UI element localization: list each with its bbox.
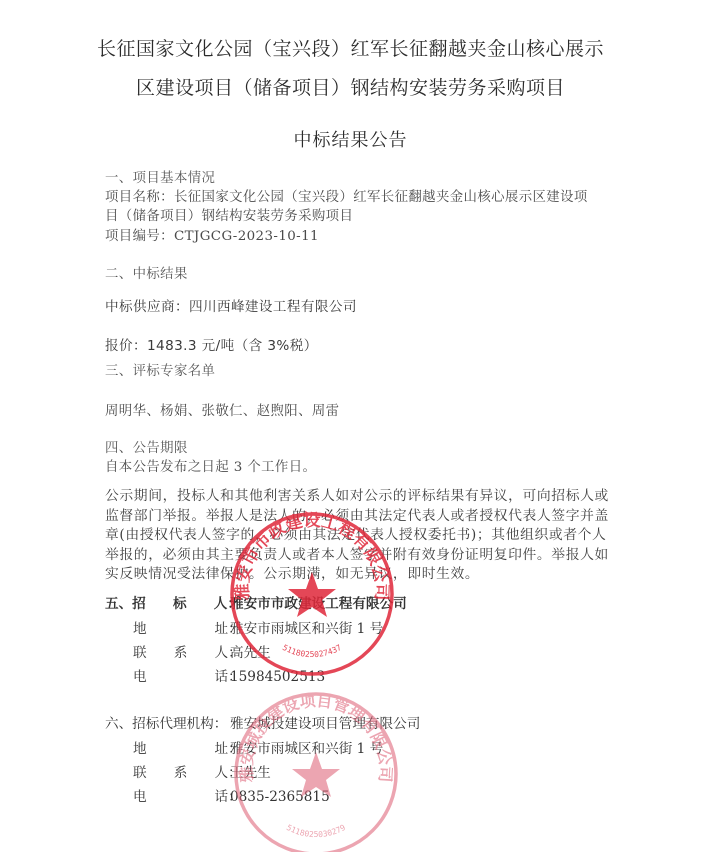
section1-heading: 一、项目基本情况 [105, 167, 215, 186]
section4-heading: 四、公告期限 [105, 437, 188, 456]
tenderer-name: 雅安市市政建设工程有限公司 [230, 596, 407, 612]
notice-line: 实反映情况受法律保护。公示期满，如无异议，即时生效。 [105, 565, 625, 585]
objection-notice: 公示期间，投标人和其他利害关系人如对公示的评标结果有异议，可向招标人或 监督部门… [105, 487, 625, 585]
project-name-line-2: 目（储备项目）钢结构安装劳务采购项目 [105, 205, 353, 224]
svg-text:5118025027437: 5118025027437 [281, 643, 343, 659]
phone-label: 电 话： [105, 665, 230, 685]
tenderer-contact-row: 联 系 人：高先生 [105, 641, 271, 661]
tenderer-address-row: 地 址：雅安市雨城区和兴街 1 号 [105, 617, 383, 637]
section2-heading: 二、中标结果 [105, 263, 188, 282]
document-title-line-2: 区建设项目（储备项目）钢结构安装劳务采购项目 [0, 73, 701, 100]
address-label: 地 址： [105, 737, 230, 757]
agency-name: 雅安城投建设项目管理有限公司 [230, 716, 420, 732]
agency-phone-row: 电 话：0835-2365815 [105, 785, 330, 805]
phone-label: 电 话： [105, 785, 230, 805]
seal-1-code: 5118025027437 [281, 643, 343, 659]
tenderer-address: 雅安市雨城区和兴街 1 号 [230, 621, 383, 637]
tenderer-phone-row: 电 话：15984502513 [105, 665, 325, 685]
bid-price: 报价：1483.3 元/吨（含 3%税） [105, 334, 318, 354]
agency-contact-row: 联 系 人：王先生 [105, 761, 271, 781]
notice-line: 举报的，必须由其主要负责人或者本人签字并附有效身份证明复印件。举报人如 [105, 546, 625, 566]
notice-line: 章(由授权代表人签字的，必须由其法定代表人授权委托书)；其他组织或者个人 [105, 526, 625, 546]
section3-heading: 三、评标专家名单 [105, 360, 215, 379]
project-name-line-1: 项目名称：长征国家文化公园（宝兴段）红军长征翻越夹金山核心展示区建设项 [105, 186, 588, 205]
agency-row: 六、招标代理机构：雅安城投建设项目管理有限公司 [105, 712, 420, 732]
tenderer-row: 五、招 标 人：雅安市市政建设工程有限公司 [105, 592, 407, 612]
agency-address: 雅安市雨城区和兴街 1 号 [230, 741, 383, 757]
agency-label: 六、招标代理机构： [105, 712, 230, 732]
announcement-period: 自本公告发布之日起 3 个工作日。 [105, 456, 316, 475]
project-number: 项目编号：CTJGCG-2023-10-11 [105, 225, 319, 244]
agency-phone: 0835-2365815 [230, 789, 330, 805]
contact-label: 联 系 人： [105, 761, 230, 781]
expert-list: 周明华、杨娟、张敬仁、赵煦阳、周雷 [105, 400, 339, 419]
tenderer-phone: 15984502513 [230, 669, 325, 685]
svg-text:5118025030279: 5118025030279 [285, 823, 347, 839]
notice-line: 公示期间，投标人和其他利害关系人如对公示的评标结果有异议，可向招标人或 [105, 487, 625, 507]
document-title-line-1: 长征国家文化公园（宝兴段）红军长征翻越夹金山核心展示 [0, 34, 701, 61]
seal-2-code: 5118025030279 [285, 823, 347, 839]
winning-supplier: 中标供应商：四川西峰建设工程有限公司 [105, 295, 357, 315]
tenderer-contact: 高先生 [230, 645, 271, 661]
address-label: 地 址： [105, 617, 230, 637]
contact-label: 联 系 人： [105, 641, 230, 661]
document-page: 长征国家文化公园（宝兴段）红军长征翻越夹金山核心展示 区建设项目（储备项目）钢结… [0, 0, 701, 852]
agency-contact: 王先生 [230, 765, 271, 781]
notice-line: 监督部门举报。举报人是法人的，必须由其法定代表人或者授权代表人签字并盖 [105, 507, 625, 527]
tenderer-label: 五、招 标 人： [105, 592, 230, 612]
document-subtitle: 中标结果公告 [0, 126, 701, 152]
agency-address-row: 地 址：雅安市雨城区和兴街 1 号 [105, 737, 383, 757]
